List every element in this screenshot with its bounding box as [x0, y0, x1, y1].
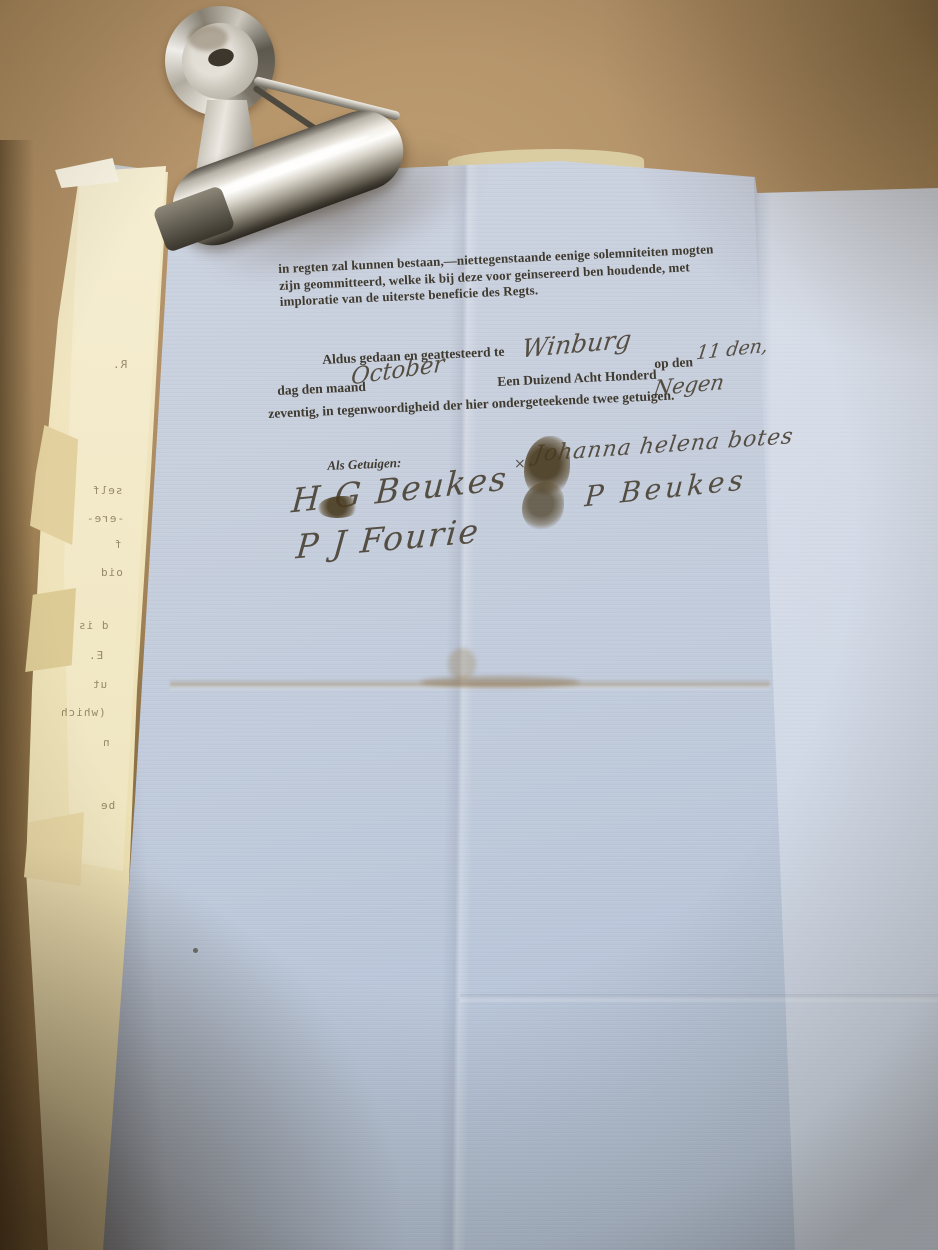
typed-fragment: self: [92, 484, 123, 497]
typed-fragment: R.: [112, 358, 127, 371]
metal-bulldog-clip: [150, 0, 420, 270]
printed-op-den: op den: [654, 354, 693, 372]
typed-fragment: be: [100, 799, 115, 812]
typed-fragment: (which: [60, 706, 106, 719]
typed-fragment: f: [114, 538, 122, 551]
typed-fragment: -ere-: [86, 512, 124, 525]
typed-fragment: E.: [88, 649, 103, 662]
left-shadow-edge: [0, 140, 34, 1250]
typed-fragment: ut: [92, 678, 107, 691]
fold-stain-blotch: [420, 676, 580, 688]
stain: [448, 648, 476, 680]
torn-page-edge: [24, 812, 84, 886]
typed-fragment: d is: [78, 619, 109, 632]
horizontal-crease: [460, 994, 938, 1003]
typed-fragment: oid: [100, 566, 123, 579]
typed-fragment: n: [102, 736, 110, 749]
archival-document-photo: R. self -ere- f oid d is E. ut (which n …: [0, 0, 938, 1250]
ink-speck: [193, 948, 198, 953]
